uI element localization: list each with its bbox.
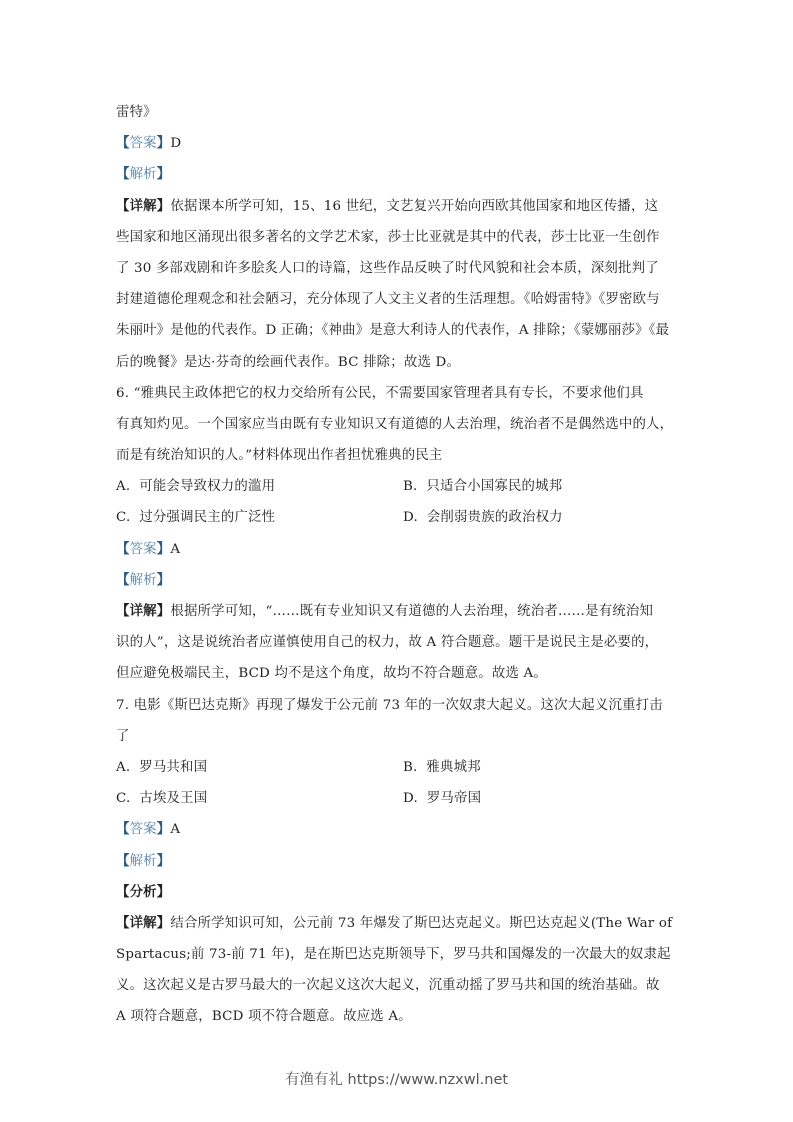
bracket-close: 】 <box>157 166 171 182</box>
q7-option-c: C. 古埃及王国 <box>116 783 403 814</box>
q6-detail-line: 【详解】根据所学可知，“……既有专业知识又有道德的人去治理，统治者……是有统治知 <box>116 596 690 627</box>
bracket-close: 】 <box>157 541 171 557</box>
answer-label: 答案 <box>130 822 157 837</box>
bracket-open: 【 <box>116 541 130 557</box>
answer-value: A <box>170 822 180 837</box>
q7-detail-line: 义。这次起义是古罗马最大的一次起义这次大起义，沉重动摇了罗马共和国的统治基础。故 <box>116 970 690 1001</box>
q5-answer: 【答案】D <box>116 128 690 159</box>
q7-option-a: A. 罗马共和国 <box>116 752 403 783</box>
detail-label: 【详解】 <box>116 915 170 931</box>
fenxi-label: 【分析】 <box>116 884 170 900</box>
detail-label: 【详解】 <box>116 603 170 619</box>
q7-answer: 【答案】A <box>116 814 690 845</box>
bracket-open: 【 <box>116 853 130 869</box>
q6-stem-line: 6. “雅典民主政体把它的权力交给所有公民，不需要国家管理者具有专长，不要求他们… <box>116 378 690 409</box>
q5-detail-line: 朱丽叶》是他的代表作。D 正确；《神曲》是意大利诗人的代表作，A 排除；《蒙娜丽… <box>116 315 690 346</box>
bracket-open: 【 <box>116 166 130 182</box>
q7-options-row: C. 古埃及王国 D. 罗马帝国 <box>116 783 690 814</box>
analysis-label: 解析 <box>130 854 157 869</box>
answer-label: 答案 <box>130 542 157 557</box>
q6-stem-line: 有真知灼见。一个国家应当由既有专业知识又有道德的人去治理，统治者不是偶然选中的人… <box>116 409 690 440</box>
bracket-close: 】 <box>157 853 171 869</box>
q6-answer: 【答案】A <box>116 534 690 565</box>
prev-question-tail: 雷特》 <box>116 97 690 128</box>
bracket-open: 【 <box>116 135 130 151</box>
q6-option-a: A. 可能会导致权力的滥用 <box>116 471 403 502</box>
bracket-open: 【 <box>116 821 130 837</box>
detail-label: 【详解】 <box>116 198 170 214</box>
q6-options-row: C. 过分强调民主的广泛性 D. 会削弱贵族的政治权力 <box>116 502 690 533</box>
q7-analysis-heading: 【解析】 <box>116 846 690 877</box>
bracket-close: 】 <box>157 135 171 151</box>
q7-stem-line: 了 <box>116 721 690 752</box>
q7-option-d: D. 罗马帝国 <box>403 783 690 814</box>
footer-watermark: 有渔有礼 https://www.nzxwl.net <box>0 1068 793 1089</box>
q5-detail-line: 后的晚餐》是达·芬奇的绘画代表作。BC 排除；故选 D。 <box>116 347 690 378</box>
q5-detail-line: 封建道德伦理观念和社会陋习，充分体现了人文主义者的生活理想。《哈姆雷特》《罗密欧… <box>116 284 690 315</box>
q6-option-d: D. 会削弱贵族的政治权力 <box>403 502 690 533</box>
q6-option-b: B. 只适合小国寡民的城邦 <box>403 471 690 502</box>
q5-analysis-heading: 【解析】 <box>116 159 690 190</box>
q6-detail-line: 但应避免极端民主，BCD 均不是这个角度，故均不符合题意。故选 A。 <box>116 658 690 689</box>
bracket-open: 【 <box>116 572 130 588</box>
q7-stem-line: 7. 电影《斯巴达克斯》再现了爆发于公元前 73 年的一次奴隶大起义。这次大起义… <box>116 690 690 721</box>
bracket-close: 】 <box>157 572 171 588</box>
q5-detail-line: 【详解】依据课本所学可知，15、16 世纪，文艺复兴开始向西欧其他国家和地区传播… <box>116 191 690 222</box>
q6-detail-line: 识的人”，这是说统治者应谨慎使用自己的权力，故 A 符合题意。题干是说民主是必要… <box>116 627 690 658</box>
q5-detail-line: 些国家和地区涌现出很多著名的文学艺术家，莎士比亚就是其中的代表，莎士比亚一生创作 <box>116 222 690 253</box>
answer-value: D <box>170 136 181 151</box>
answer-value: A <box>170 542 180 557</box>
q7-fenxi-heading: 【分析】 <box>116 877 690 908</box>
q7-detail-line: Spartacus;前 73-前 71 年)，是在斯巴达克斯领导下，罗马共和国爆… <box>116 939 690 970</box>
q6-options-row: A. 可能会导致权力的滥用 B. 只适合小国寡民的城邦 <box>116 471 690 502</box>
q7-options-row: A. 罗马共和国 B. 雅典城邦 <box>116 752 690 783</box>
analysis-label: 解析 <box>130 167 157 182</box>
bracket-close: 】 <box>157 821 171 837</box>
analysis-label: 解析 <box>130 573 157 588</box>
q7-option-b: B. 雅典城邦 <box>403 752 690 783</box>
q6-stem-line: 而是有统治知识的人。”材料体现出作者担忧雅典的民主 <box>116 440 690 471</box>
q5-detail-line: 了 30 多部戏剧和许多脍炙人口的诗篇，这些作品反映了时代风貌和社会本质，深刻批… <box>116 253 690 284</box>
q6-analysis-heading: 【解析】 <box>116 565 690 596</box>
q7-detail-line: 【详解】结合所学知识可知，公元前 73 年爆发了斯巴达克起义。斯巴达克起义(Th… <box>116 908 690 939</box>
q7-detail-line: A 项符合题意，BCD 项不符合题意。故应选 A。 <box>116 1001 690 1032</box>
answer-label: 答案 <box>130 136 157 151</box>
q6-option-c: C. 过分强调民主的广泛性 <box>116 502 403 533</box>
document-page: 雷特》 【答案】D 【解析】 【详解】依据课本所学可知，15、16 世纪，文艺复… <box>116 97 690 1033</box>
